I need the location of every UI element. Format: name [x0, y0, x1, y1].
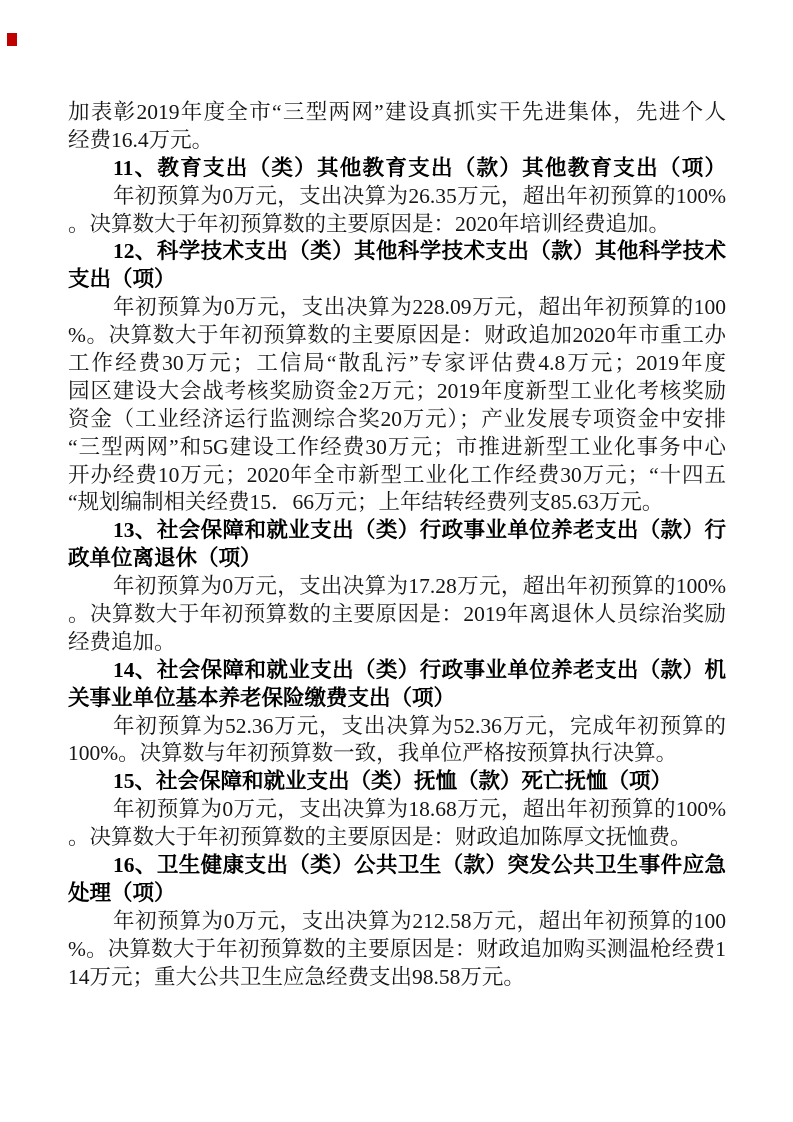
section-heading-line: 15、社会保障和就业支出（类）抚恤（款）死亡抚恤（项） — [68, 768, 726, 796]
body-text-line: 资金（工业经济运行监测综合奖20万元）；产业发展专项资金中安排 — [68, 406, 726, 434]
section-heading-line: 14、社会保障和就业支出（类）行政事业单位养老支出（款）机 — [68, 657, 726, 685]
section-heading-line: 处理（项） — [68, 880, 726, 908]
body-text-line: 。决算数大于年初预算数的主要原因是：2019年离退休人员综治奖励 — [68, 601, 726, 629]
section-heading-line: 12、科学技术支出（类）其他科学技术支出（款）其他科学技术 — [68, 238, 726, 266]
body-text-line: 园区建设大会战考核奖励资金2万元；2019年度新型工业化考核奖励 — [68, 378, 726, 406]
body-text-line: 100%。决算数与年初预算数一致，我单位严格按预算执行决算。 — [68, 740, 726, 768]
section-heading-line: 11、教育支出（类）其他教育支出（款）其他教育支出（项） — [68, 155, 726, 183]
section-heading-line: 支出（项） — [68, 266, 726, 294]
section-heading-line: 13、社会保障和就业支出（类）行政事业单位养老支出（款）行 — [68, 517, 726, 545]
body-text-line: %。决算数大于年初预算数的主要原因是：财政追加2020年市重工办 — [68, 322, 726, 350]
body-text-line: 年初预算为52.36万元，支出决算为52.36万元，完成年初预算的 — [68, 713, 726, 741]
body-text-line: 。决算数大于年初预算数的主要原因是：财政追加陈厚文抚恤费。 — [68, 824, 726, 852]
body-text-line: 年初预算为0万元，支出决算为228.09万元，超出年初预算的100 — [68, 294, 726, 322]
red-annotation-marker — [7, 33, 17, 46]
body-text-line: 年初预算为0万元，支出决算为17.28万元，超出年初预算的100% — [68, 573, 726, 601]
body-text-line: “规划编制相关经费15．66万元；上年结转经费列支85.63万元。 — [68, 489, 726, 517]
body-text-line: 开办经费10万元；2020年全市新型工业化工作经费30万元；“十四五 — [68, 462, 726, 490]
body-text-line: 年初预算为0万元，支出决算为18.68万元，超出年初预算的100% — [68, 796, 726, 824]
document-page: 加表彰2019年度全市“三型两网”建设真抓实干先进集体，先进个人经费16.4万元… — [0, 0, 793, 1122]
section-heading-line: 16、卫生健康支出（类）公共卫生（款）突发公共卫生事件应急 — [68, 852, 726, 880]
body-text-line: 工作经费30万元；工信局“散乱污”专家评估费4.8万元；2019年度 — [68, 350, 726, 378]
body-text-line: 年初预算为0万元，支出决算为212.58万元，超出年初预算的100 — [68, 908, 726, 936]
body-text-line: 经费追加。 — [68, 629, 726, 657]
body-text-line: 。决算数大于年初预算数的主要原因是：2020年培训经费追加。 — [68, 211, 726, 239]
section-heading-line: 政单位离退休（项） — [68, 545, 726, 573]
body-text-line: 经费16.4万元。 — [68, 127, 726, 155]
section-heading-line: 关事业单位基本养老保险缴费支出（项） — [68, 685, 726, 713]
document-text: 加表彰2019年度全市“三型两网”建设真抓实干先进集体，先进个人经费16.4万元… — [68, 99, 726, 992]
body-text-line: 14万元；重大公共卫生应急经费支出98.58万元。 — [68, 964, 726, 992]
body-text-line: “三型两网”和5G建设工作经费30万元；市推进新型工业化事务中心 — [68, 434, 726, 462]
body-text-line: 年初预算为0万元，支出决算为26.35万元，超出年初预算的100% — [68, 183, 726, 211]
body-text-line: 加表彰2019年度全市“三型两网”建设真抓实干先进集体，先进个人 — [68, 99, 726, 127]
body-text-line: %。决算数大于年初预算数的主要原因是：财政追加购买测温枪经费1 — [68, 936, 726, 964]
